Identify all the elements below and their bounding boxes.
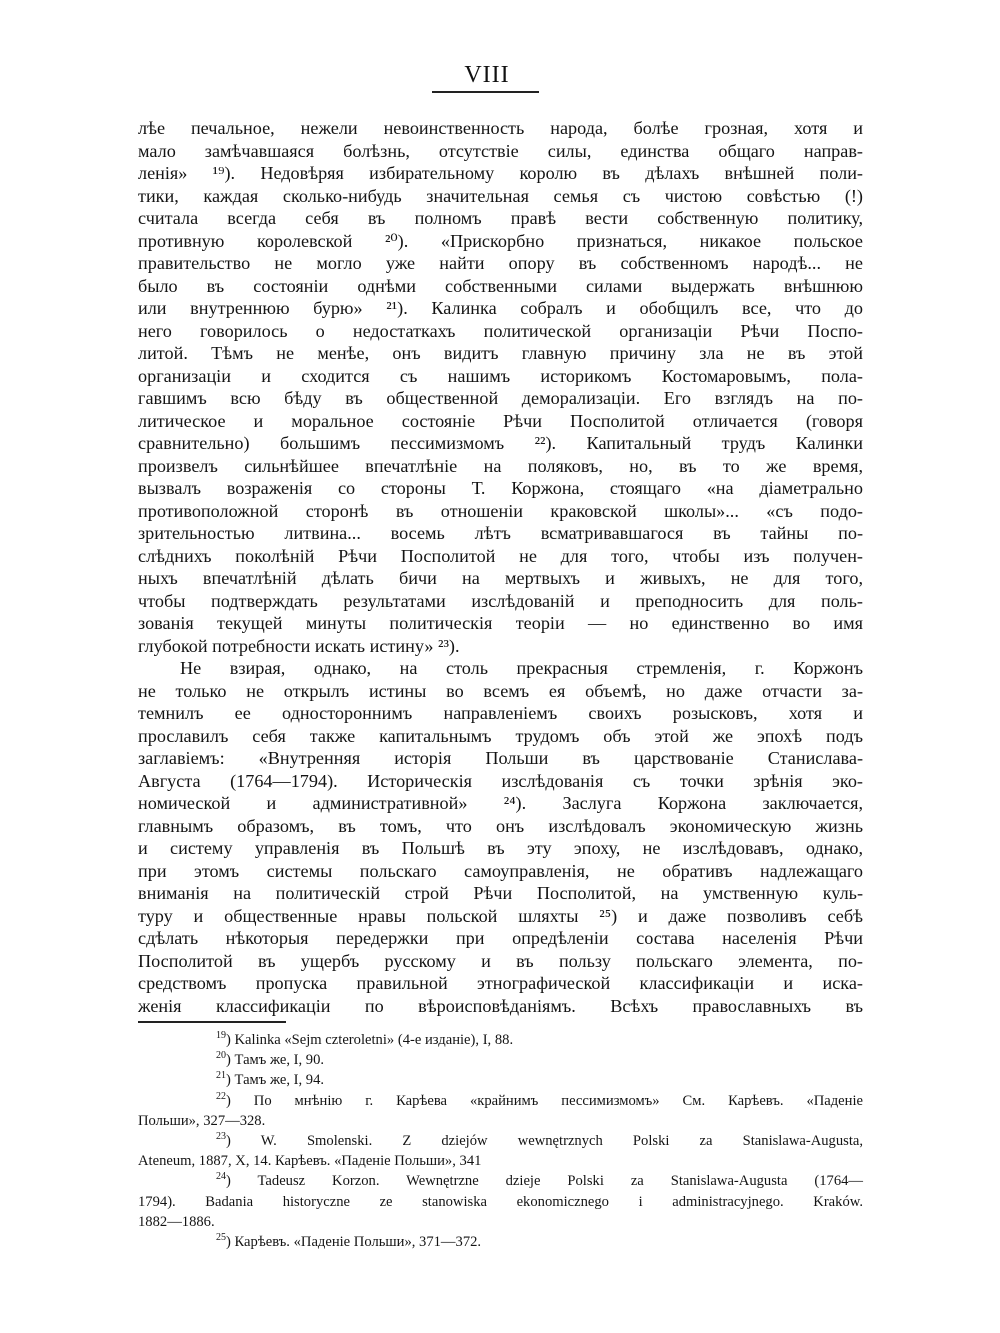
- document-page: VIII лѣе печальное, нежели невоинственно…: [0, 0, 1000, 1333]
- page-number: VIII: [435, 62, 539, 89]
- footnote-text: 21) Тамъ же, I, 94.: [138, 1070, 863, 1090]
- body-line: темнилъ ее односторон­нимъ направленіемъ…: [138, 702, 863, 725]
- body-line: ныхъ впечатлѣній дѣлать бичи на мертвыхъ…: [138, 567, 863, 590]
- body-line: противную королевской ²⁰). «Прискорбно п…: [138, 230, 863, 253]
- footnote-24: 24) Tadeusz Korzon. Wewnętrzne dzieje Po…: [138, 1171, 863, 1232]
- footnote-19: 19) Kalinka «Sejm czteroletni» (4-е изда…: [138, 1030, 863, 1050]
- body-line: или внутреннюю бурю» ²¹). Калинка собрал…: [138, 297, 863, 320]
- footnote-line: По мнѣнію г. Карѣева «крайнимъ пессимизм…: [254, 1093, 863, 1109]
- body-line: сдѣлать нѣкоторыя передержки при опредѣл…: [138, 927, 863, 950]
- footnote-21: 21) Тамъ же, I, 94.: [138, 1070, 863, 1090]
- footnote-line: Польши», 327—328.: [138, 1111, 863, 1131]
- footnote-25: 25) Карѣевъ. «Паденіе Польши», 371—372.: [138, 1232, 863, 1252]
- body-line: вниманія на политическій строй Рѣчи Посп…: [138, 882, 863, 905]
- body-line: номической и административной» ²⁴). Засл…: [138, 792, 863, 815]
- body-line: женія классификаціи по вѣроисповѣданіямъ…: [138, 995, 863, 1018]
- body-line: противоположной сторонѣ въ отношеніи кра…: [138, 500, 863, 523]
- body-line: прославилъ себя также капитальнымъ трудо…: [138, 725, 863, 748]
- footnote-20: 20) Тамъ же, I, 90.: [138, 1050, 863, 1070]
- footnote-text: 25) Карѣевъ. «Паденіе Польши», 371—372.: [138, 1232, 863, 1252]
- footnote-separator: [138, 1021, 286, 1023]
- body-line: гавшимъ всю бѣду въ общественной деморал…: [138, 387, 863, 410]
- footnote-marker: 23: [216, 1131, 226, 1142]
- footnote-text: 22) По мнѣнію г. Карѣева «крайнимъ песси…: [138, 1091, 863, 1111]
- footnote-line: Карѣевъ. «Паденіе Польши», 371—372.: [235, 1234, 482, 1250]
- body-line: и систему управленія въ Польшѣ въ эту эп…: [138, 837, 863, 860]
- body-line: средствомъ пропуска правильной этнографи…: [138, 972, 863, 995]
- body-line: Не взирая, однако, на столь прекрасныя с…: [138, 657, 863, 680]
- footnote-marker: 21: [216, 1070, 226, 1081]
- footnote-marker: 20: [216, 1050, 226, 1061]
- footnote-line: W. Smolenski. Z dziejów wewnętrznych Pol…: [261, 1133, 863, 1149]
- footnote-line: 1794). Badania historyczne ze stanowiska…: [138, 1192, 863, 1212]
- body-line: главнымъ образомъ, въ томъ, что онъ изсл…: [138, 815, 863, 838]
- footnote-text: 20) Тамъ же, I, 90.: [138, 1050, 863, 1070]
- body-line: организаціи и сходится съ нашимъ историк…: [138, 365, 863, 388]
- body-line: туру и общественные нравы польской шляхт…: [138, 905, 863, 928]
- footnotes: 19) Kalinka «Sejm czteroletni» (4-е изда…: [138, 1030, 863, 1252]
- body-line: ленія» ¹⁹). Недовѣряя избирательному кор…: [138, 162, 863, 185]
- footnote-line: Tadeusz Korzon. Wewnętrzne dzieje Polski…: [258, 1173, 863, 1189]
- footnote-text: 23) W. Smolenski. Z dziejów wewnętrznych…: [138, 1131, 863, 1151]
- body-line: сравнительно) большимъ пессимизмомъ ²²).…: [138, 432, 863, 455]
- body-text: лѣе печальное, нежели невоинственность н…: [138, 117, 863, 1017]
- body-line: него говорилось о недостаткахъ политичес…: [138, 320, 863, 343]
- footnote-marker: 25: [216, 1232, 226, 1243]
- footnote-line: Тамъ же, I, 94.: [235, 1072, 325, 1088]
- footnote-line: Kalinka «Sejm czteroletni» (4-е изданіе)…: [235, 1032, 514, 1048]
- body-line: вызвалъ возраженія со стороны Т. Коржона…: [138, 477, 863, 500]
- footnote-line: 1882—1886.: [138, 1212, 863, 1232]
- body-line: мало замѣчавшаяся болѣзнь, отсутствіе си…: [138, 140, 863, 163]
- body-line: Посполитой въ ущербъ русскому и въ польз…: [138, 950, 863, 973]
- body-line: правительство не могло уже найти опору в…: [138, 252, 863, 275]
- body-line: считала всегда себя въ полномъ правѣ вес…: [138, 207, 863, 230]
- footnote-line: Ateneum, 1887, X, 14. Карѣевъ. «Паденіе …: [138, 1151, 863, 1171]
- body-line: слѣднихъ поколѣній Рѣчи Посполитой не дл…: [138, 545, 863, 568]
- footnote-text: 24) Tadeusz Korzon. Wewnętrzne dzieje Po…: [138, 1171, 863, 1191]
- footnote-marker: 19: [216, 1030, 226, 1041]
- body-line: лѣе печальное, нежели невоинственность н…: [138, 117, 863, 140]
- footnote-22: 22) По мнѣнію г. Карѣева «крайнимъ песси…: [138, 1091, 863, 1131]
- body-line: не только не открылъ истины во всемъ ея …: [138, 680, 863, 703]
- footnote-line: Тамъ же, I, 90.: [235, 1052, 325, 1068]
- body-line: зованія текущей минуты политическія теор…: [138, 612, 863, 635]
- body-line: литой. Тѣмъ не менѣе, онъ видитъ главную…: [138, 342, 863, 365]
- footnote-marker: 22: [216, 1091, 226, 1102]
- body-line: заглавіемъ: «Внутренняя исторія Польши в…: [138, 747, 863, 770]
- body-line: зрительностью литвина... восемь лѣтъ всм…: [138, 522, 863, 545]
- body-line: было въ состояніи однѣми собственными си…: [138, 275, 863, 298]
- footnote-23: 23) W. Smolenski. Z dziejów wewnętrznych…: [138, 1131, 863, 1171]
- header-rule: [432, 91, 539, 93]
- footnote-marker: 24: [216, 1171, 226, 1182]
- footnote-text: 19) Kalinka «Sejm czteroletni» (4-е изда…: [138, 1030, 863, 1050]
- body-line: произвелъ сильнѣйшее впечатлѣніе на поля…: [138, 455, 863, 478]
- body-line: Августа (1764—1794). Историческія изслѣд…: [138, 770, 863, 793]
- body-line: при этомъ системы польскаго самоуправлен…: [138, 860, 863, 883]
- body-line: литическое и моральное состояніе Рѣчи По…: [138, 410, 863, 433]
- body-line: глубокой потребности искать истину» ²³).: [138, 635, 863, 658]
- body-line: тики, каждая сколько-нибудь значительная…: [138, 185, 863, 208]
- body-line: чтобы подтверждать результатами изслѣдов…: [138, 590, 863, 613]
